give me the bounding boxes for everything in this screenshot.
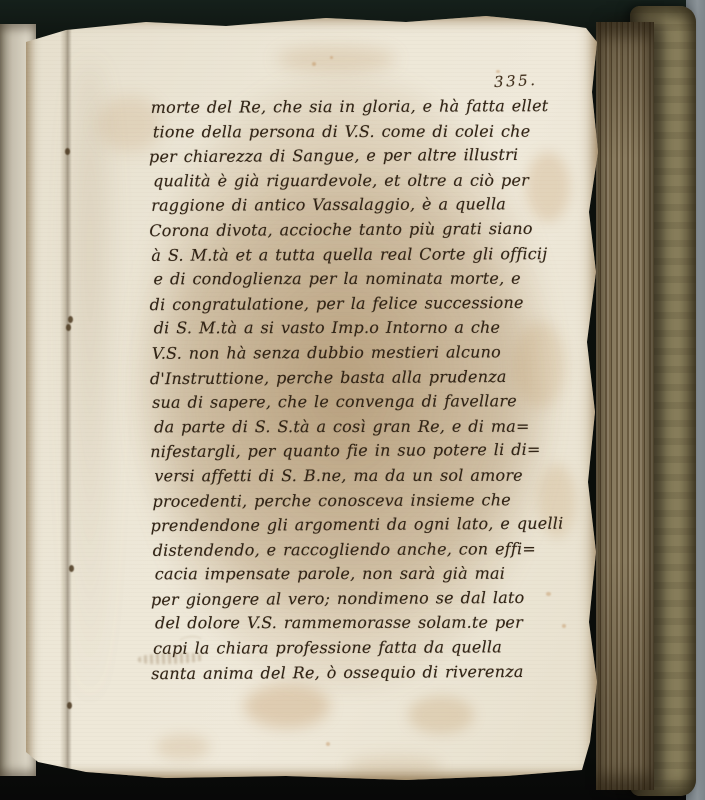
manuscript-line: santa anima del Re, ò ossequio di rivere… [151, 659, 533, 686]
stitch-dot [66, 324, 71, 331]
page-block-fore-edge [596, 22, 654, 790]
foxing-speck [546, 592, 551, 596]
manuscript-line: raggione di antico Vassalaggio, è a quel… [151, 193, 533, 219]
manuscript-line: distendendo, e raccogliendo anche, con e… [153, 537, 535, 563]
manuscript-line: tione della persona di V.S. come di cole… [153, 119, 535, 144]
stitch-dot [69, 565, 74, 572]
manuscript-line: d'Instruttione, perche basta alla pruden… [150, 364, 532, 391]
manuscript-line: Corona divota, accioche tanto più grati … [149, 217, 531, 244]
manuscript-line: di congratulatione, per la felice succes… [150, 291, 532, 318]
manuscript-line: morte del Re, che sia in gloria, e hà fa… [151, 94, 533, 120]
page-number: 335. [494, 71, 538, 91]
manuscript-line: del dolore V.S. rammemorasse solam.te pe… [155, 611, 537, 636]
manuscript-line: per chiarezza di Sangue, e per altre ill… [149, 143, 531, 170]
manuscript-line: versi affetti di S. B.ne, ma da un sol a… [154, 464, 536, 489]
manuscript-line: di S. M.tà a si vasto Imp.o Intorno a ch… [154, 316, 536, 341]
manuscript-line: da parte di S. S.tà a così gran Re, e di… [154, 414, 536, 439]
stain [276, 46, 396, 72]
manuscript-line: capi la chiara professione fatta da quel… [153, 635, 535, 661]
foxing-speck [330, 56, 333, 59]
stain [346, 756, 442, 776]
manuscript-line: nifestargli, per quanto fie in suo poter… [150, 438, 532, 465]
manuscript-line: V.S. non hà senza dubbio mestieri alcuno [152, 340, 534, 366]
manuscript-line: qualità è già riguardevole, et oltre a c… [153, 168, 535, 193]
foxing-speck [312, 62, 316, 66]
manuscript-line: procedenti, perche conosceva insieme che [152, 488, 534, 514]
manuscript-line: per giongere al vero; nondimeno se dal l… [151, 586, 533, 613]
scanned-book-photo: 335. morte del Re, che sia in gloria, e … [0, 0, 705, 800]
manuscript-line: à S. M.tà et a tutta quella real Corte g… [151, 242, 533, 268]
stain [244, 684, 330, 728]
handwritten-text-block: morte del Re, che sia in gloria, e hà fa… [151, 94, 536, 686]
gutter-crease [60, 12, 74, 780]
stain [156, 734, 210, 760]
manuscript-page: 335. morte del Re, che sia in gloria, e … [26, 12, 600, 780]
stitch-dot [68, 316, 73, 323]
stain [408, 696, 474, 734]
stitch-dot [65, 148, 70, 155]
stitch-dot [67, 702, 72, 709]
manuscript-line: cacia impensate parole, non sarà già mai [155, 562, 537, 587]
manuscript-line: sua di sapere, che le convenga di favell… [152, 389, 534, 415]
foxing-speck [326, 742, 330, 746]
manuscript-line: prendendone gli argomenti da ogni lato, … [151, 512, 533, 539]
manuscript-line: e di condoglienza per la nominata morte,… [153, 267, 535, 292]
foxing-speck [562, 624, 566, 628]
